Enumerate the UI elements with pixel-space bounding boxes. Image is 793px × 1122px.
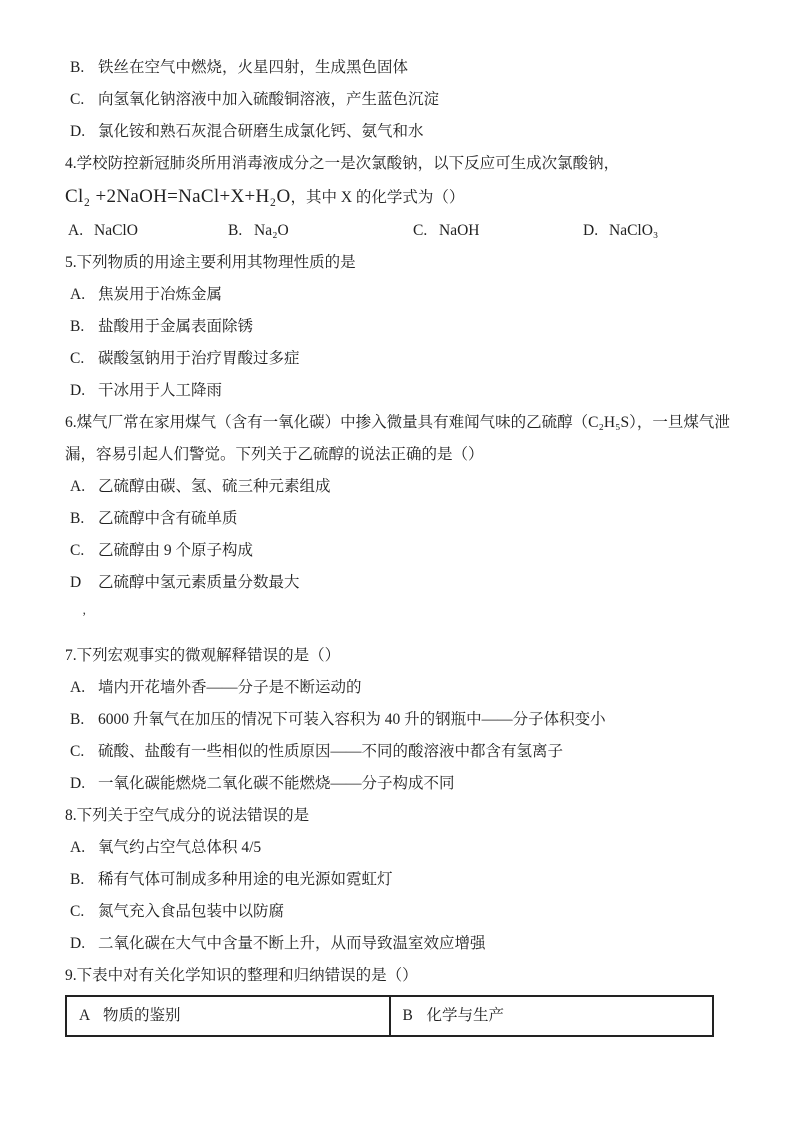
option-text: NaClO₃ bbox=[609, 222, 658, 239]
option-label: D. bbox=[70, 768, 98, 800]
option-label: B. bbox=[70, 52, 98, 84]
q5-stem: 5.下列物质的用途主要利用其物理性质的是 bbox=[65, 247, 733, 279]
option-label: D. bbox=[70, 116, 98, 148]
option-label: D. bbox=[70, 928, 98, 960]
q8-option-a-line: A.氧气约占空气总体积 4/5 bbox=[65, 832, 733, 864]
option-label: C. bbox=[70, 343, 98, 375]
q5-option-a-line: A.焦炭用于冶炼金属 bbox=[65, 279, 733, 311]
cell-label: B bbox=[403, 1005, 427, 1027]
q7-option-c-line: C.硫酸、盐酸有一些相似的性质原因——不同的酸溶液中都含有氢离子 bbox=[65, 736, 733, 768]
option-text: 干冰用于人工降雨 bbox=[98, 382, 222, 399]
option-text: 稀有气体可制成多种用途的电光源如霓虹灯 bbox=[98, 871, 393, 888]
option-text: 焦炭用于冶炼金属 bbox=[98, 286, 222, 303]
q4-option-c: C.NaOH bbox=[413, 215, 583, 247]
option-label: C. bbox=[413, 215, 439, 247]
option-label: A. bbox=[70, 832, 98, 864]
q5-option-d-line: D.干冰用于人工降雨 bbox=[65, 375, 733, 407]
q8-option-d-line: D.二氧化碳在大气中含量不断上升，从而导致温室效应增强 bbox=[65, 928, 733, 960]
table-row: A物质的鉴别 B化学与生产 bbox=[66, 996, 713, 1036]
q5-option-c-line: C.碳酸氢钠用于治疗胃酸过多症 bbox=[65, 343, 733, 375]
q9-stem: 9.下表中对有关化学知识的整理和归纳错误的是（） bbox=[65, 960, 733, 992]
option-label: B. bbox=[70, 704, 98, 736]
option-text: 6000 升氧气在加压的情况下可装入容积为 40 升的钢瓶中——分子体积变小 bbox=[98, 711, 606, 728]
option-text: NaOH bbox=[439, 222, 479, 239]
q4-option-d: D.NaClO₃ bbox=[583, 215, 733, 247]
option-label: C. bbox=[70, 535, 98, 567]
option-label: B. bbox=[70, 311, 98, 343]
option-text: 乙硫醇由 9 个原子构成 bbox=[98, 542, 253, 559]
q3-option-c-line: C.向氢氧化钠溶液中加入硫酸铜溶液，产生蓝色沉淀 bbox=[65, 84, 733, 116]
chemical-equation: Cl₂ +2NaOH=NaCl+X+H₂O bbox=[65, 186, 290, 207]
q4-option-b: B.Na₂O bbox=[228, 215, 413, 247]
q7-option-b-line: B.6000 升氧气在加压的情况下可装入容积为 40 升的钢瓶中——分子体积变小 bbox=[65, 704, 733, 736]
option-label: D. bbox=[70, 375, 98, 407]
q7-option-d-line: D.一氧化碳能燃烧二氧化碳不能燃烧——分子构成不同 bbox=[65, 768, 733, 800]
option-text: 二氧化碳在大气中含量不断上升，从而导致温室效应增强 bbox=[98, 935, 486, 952]
option-text: 乙硫醇中氢元素质量分数最大 bbox=[98, 574, 300, 591]
option-text: 墙内开花墙外香——分子是不断运动的 bbox=[98, 679, 362, 696]
cell-text: 化学与生产 bbox=[427, 1007, 505, 1024]
option-label: A. bbox=[70, 672, 98, 704]
q4-options-row: A.NaClO B.Na₂O C.NaOH D.NaClO₃ bbox=[65, 215, 733, 247]
option-text: 乙硫醇由碳、氢、硫三种元素组成 bbox=[98, 478, 331, 495]
option-text: 氮气充入食品包装中以防腐 bbox=[98, 903, 284, 920]
q9-cell-a: A物质的鉴别 bbox=[66, 996, 390, 1036]
q7-option-a-line: A.墙内开花墙外香——分子是不断运动的 bbox=[65, 672, 733, 704]
option-label: D. bbox=[583, 215, 609, 247]
option-text: 氧气约占空气总体积 4/5 bbox=[98, 839, 261, 856]
q4-option-a: A.NaClO bbox=[68, 215, 228, 247]
option-label: D bbox=[70, 567, 98, 599]
option-text: 铁丝在空气中燃烧，火星四射，生成黑色固体 bbox=[98, 59, 408, 76]
option-label: A. bbox=[68, 215, 94, 247]
option-label: B. bbox=[70, 864, 98, 896]
option-text: Na₂O bbox=[254, 222, 289, 239]
equation-question-text: ，其中 X 的化学式为（） bbox=[290, 189, 464, 206]
option-text: 硫酸、盐酸有一些相似的性质原因——不同的酸溶液中都含有氢离子 bbox=[98, 743, 563, 760]
q3-option-d-line: D.氯化铵和熟石灰混合研磨生成氯化钙、氨气和水 bbox=[65, 116, 733, 148]
option-text: 碳酸氢钠用于治疗胃酸过多症 bbox=[98, 350, 300, 367]
q8-option-c-line: C.氮气充入食品包装中以防腐 bbox=[65, 896, 733, 928]
q7-stem: 7.下列宏观事实的微观解释错误的是（） bbox=[65, 640, 733, 672]
option-label: A. bbox=[70, 471, 98, 503]
option-text: 盐酸用于金属表面除锈 bbox=[98, 318, 253, 335]
q3-option-b-line: B.铁丝在空气中燃烧，火星四射，生成黑色固体 bbox=[65, 52, 733, 84]
q9-knowledge-table: A物质的鉴别 B化学与生产 bbox=[65, 995, 714, 1037]
option-label: B. bbox=[228, 215, 254, 247]
option-text: 氯化铵和熟石灰混合研磨生成氯化钙、氨气和水 bbox=[98, 123, 424, 140]
cell-text: 物质的鉴别 bbox=[103, 1007, 181, 1024]
q6-option-c-line: C.乙硫醇由 9 个原子构成 bbox=[65, 535, 733, 567]
option-text: 乙硫醇中含有硫单质 bbox=[98, 510, 238, 527]
option-label: C. bbox=[70, 896, 98, 928]
exam-document-page: B.铁丝在空气中燃烧，火星四射，生成黑色固体 C.向氢氧化钠溶液中加入硫酸铜溶液… bbox=[0, 0, 793, 1122]
q8-stem: 8.下列关于空气成分的说法错误的是 bbox=[65, 800, 733, 832]
option-text: 一氧化碳能燃烧二氧化碳不能燃烧——分子构成不同 bbox=[98, 775, 455, 792]
option-label: C. bbox=[70, 84, 98, 116]
q6-option-b-line: B.乙硫醇中含有硫单质 bbox=[65, 503, 733, 535]
option-label: A. bbox=[70, 279, 98, 311]
q5-option-b-line: B.盐酸用于金属表面除锈 bbox=[65, 311, 733, 343]
q6-option-d-line: D乙硫醇中氢元素质量分数最大 bbox=[65, 567, 733, 599]
option-text: 向氢氧化钠溶液中加入硫酸铜溶液，产生蓝色沉淀 bbox=[98, 91, 439, 108]
q4-stem: 4.学校防控新冠肺炎所用消毒液成分之一是次氯酸钠，以下反应可生成次氯酸钠， bbox=[65, 148, 733, 180]
q9-cell-b: B化学与生产 bbox=[390, 996, 714, 1036]
q4-equation: Cl₂ +2NaOH=NaCl+X+H₂O，其中 X 的化学式为（） bbox=[65, 180, 733, 215]
stray-mark: ’ bbox=[65, 612, 733, 627]
option-label: C. bbox=[70, 736, 98, 768]
q6-stem: 6.煤气厂常在家用煤气（含有一氧化碳）中掺入微量具有难闻气味的乙硫醇（C₂H₅S… bbox=[65, 407, 733, 471]
q8-option-b-line: B.稀有气体可制成多种用途的电光源如霓虹灯 bbox=[65, 864, 733, 896]
option-text: NaClO bbox=[94, 222, 138, 239]
cell-label: A bbox=[79, 1005, 103, 1027]
option-label: B. bbox=[70, 503, 98, 535]
q6-option-a-line: A.乙硫醇由碳、氢、硫三种元素组成 bbox=[65, 471, 733, 503]
